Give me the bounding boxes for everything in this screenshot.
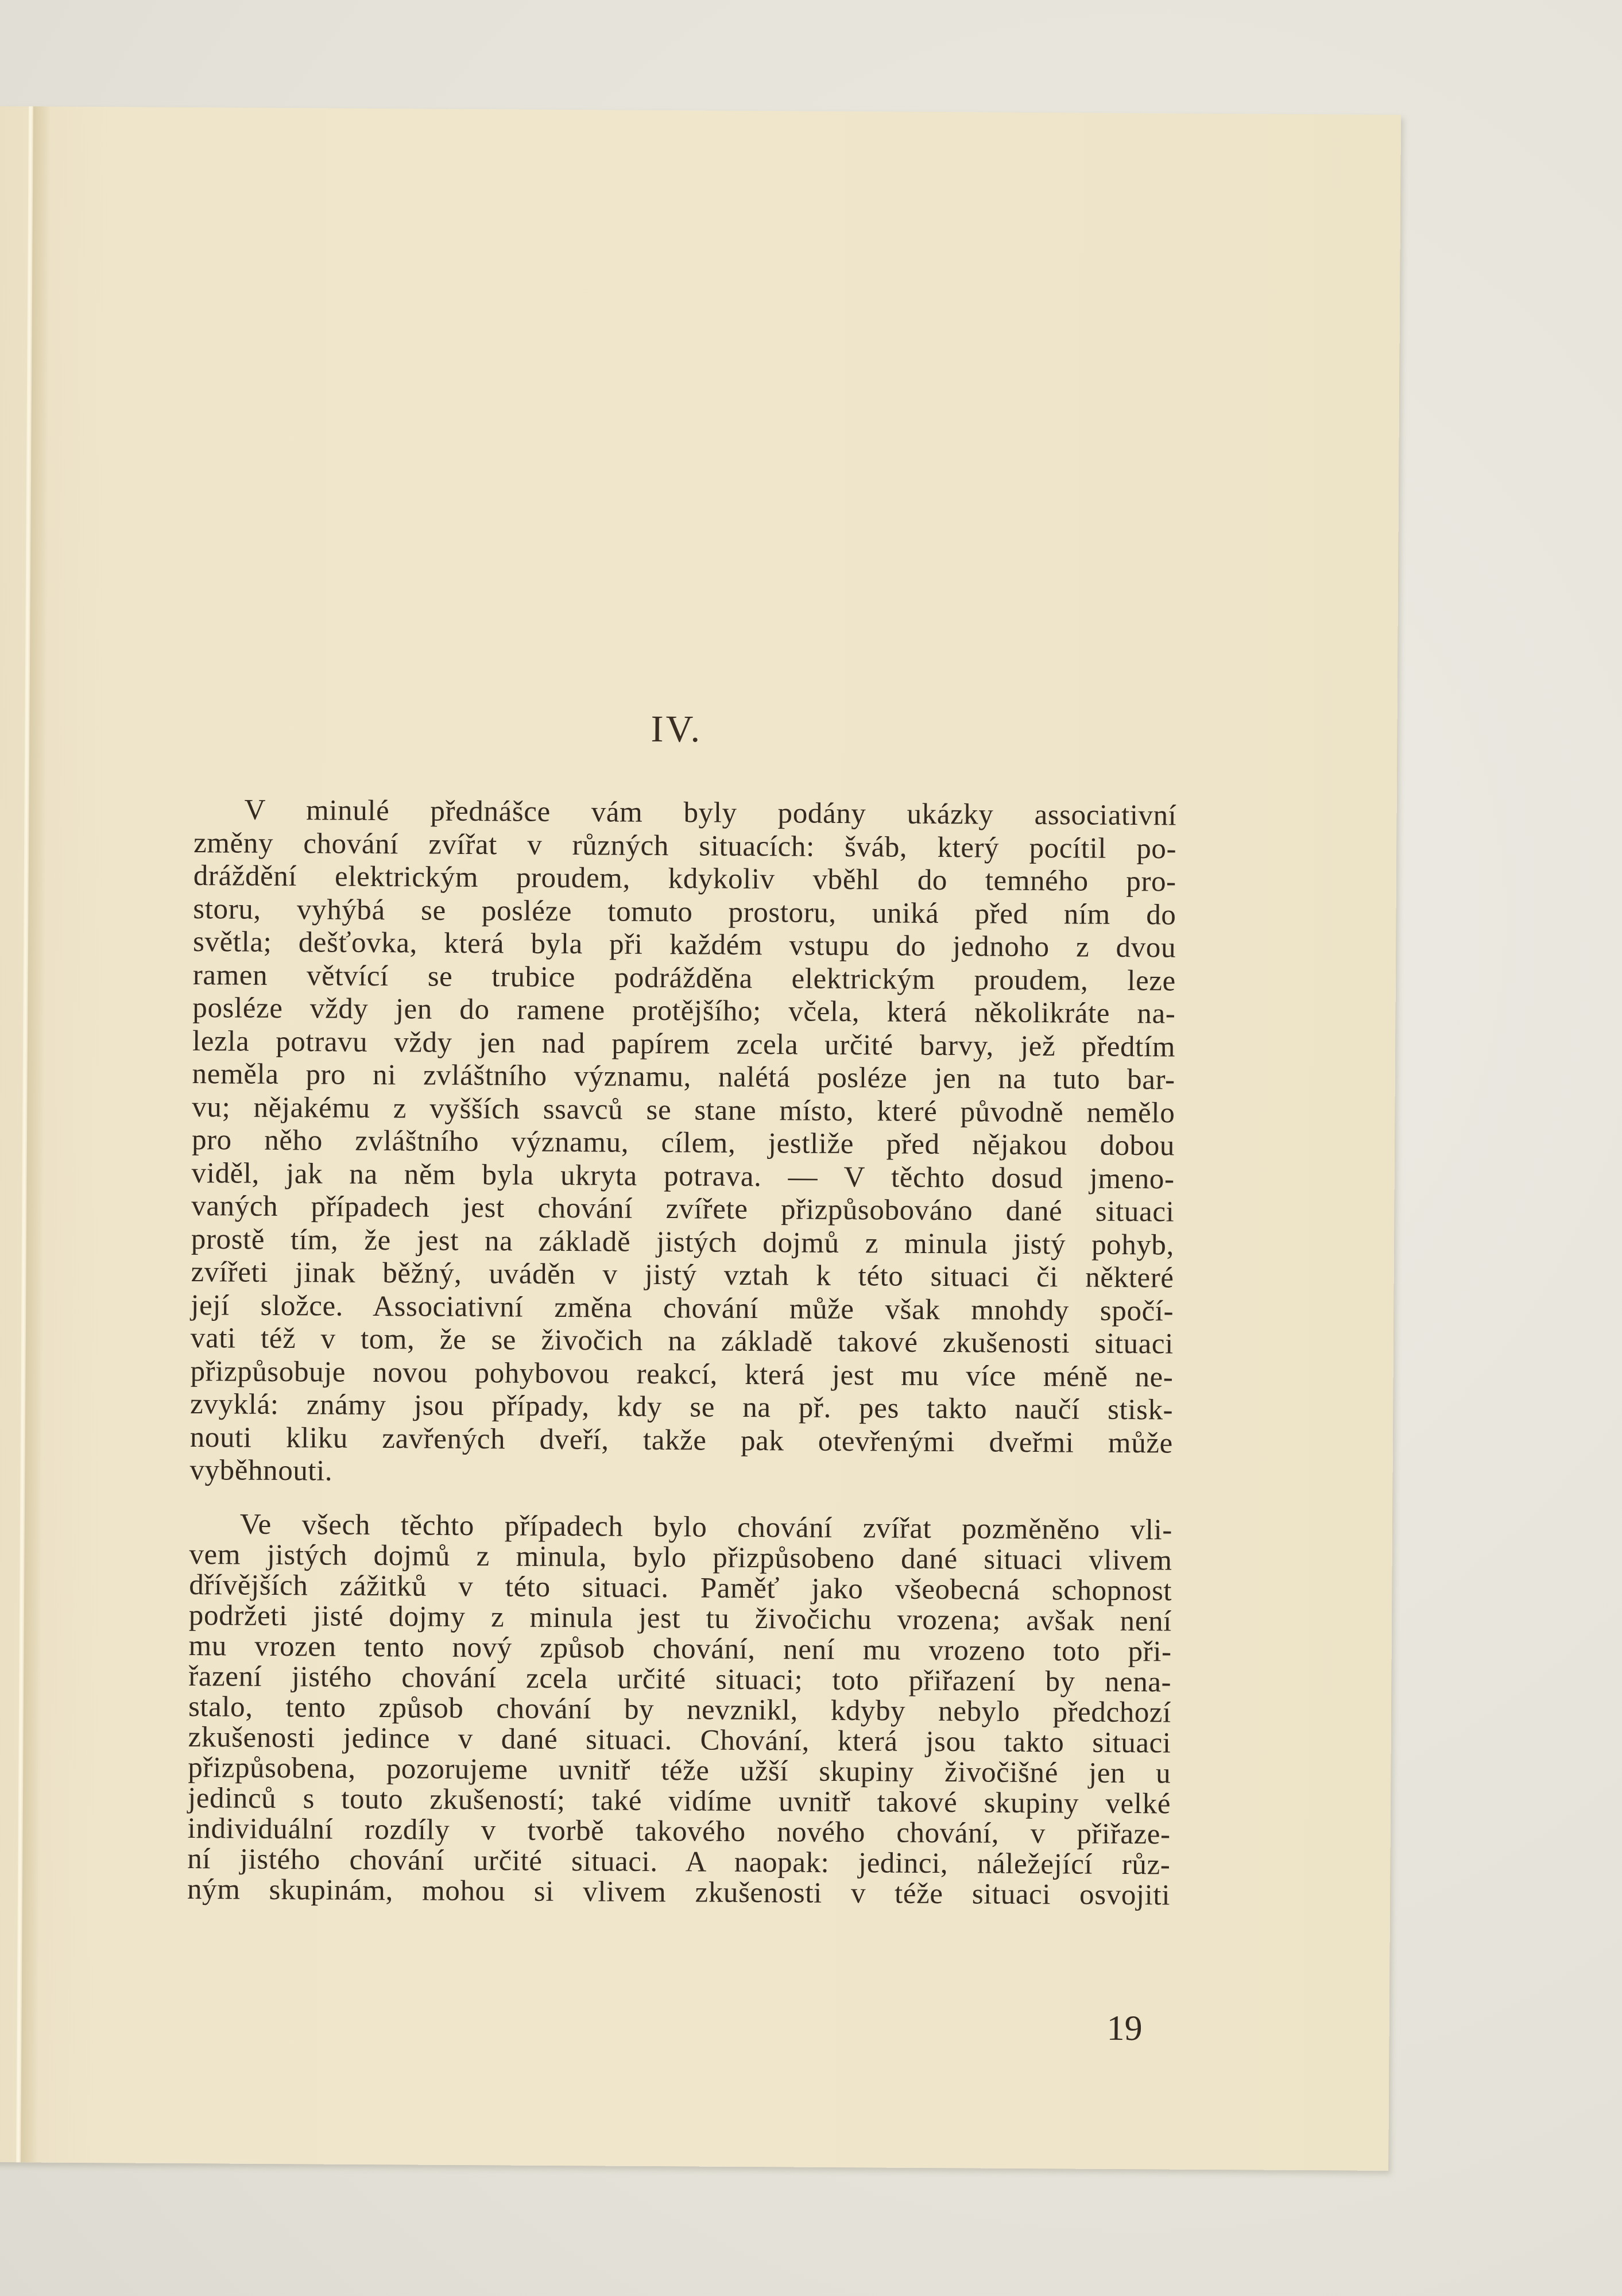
text-line: storu, vyhýbá se posléze tomuto prostoru… [193, 893, 1176, 932]
text-line: její složce. Associativní změna chování … [191, 1289, 1174, 1328]
text-line: vyběhnouti. [189, 1454, 1172, 1493]
chapter-heading: IV. [0, 704, 1357, 755]
body-text: V minulé přednášce vám byly podány ukázk… [187, 794, 1177, 1911]
text-line: nouti kliku zavřených dveří, takže pak o… [190, 1421, 1173, 1460]
text-line: vati též v tom, že se živočich na základ… [191, 1322, 1174, 1361]
text-line: posléze vždy jen do ramene protějšího; v… [192, 992, 1175, 1031]
text-line: vaných případech jest chování zvířete př… [191, 1190, 1174, 1229]
text-line: neměla pro ni zvláštního významu, nalétá… [192, 1058, 1175, 1097]
page-number: 19 [1106, 2008, 1142, 2049]
text-line: lezla potravu vždy jen nad papírem zcela… [192, 1025, 1175, 1064]
text-line: přizpůsobuje novou pohybovou reakcí, kte… [190, 1355, 1173, 1394]
text-line: ným skupinám, mohou si vlivem zkušenosti… [187, 1874, 1170, 1911]
text-line: viděl, jak na něm byla ukryta potrava. —… [191, 1157, 1174, 1196]
text-line: vu; nějakému z vyšších ssavců se stane m… [192, 1091, 1175, 1130]
text-line: zvířeti jinak běžný, uváděn v jistý vzta… [191, 1256, 1174, 1295]
text-line: prostě tím, že jest na základě jistých d… [191, 1223, 1174, 1262]
text-line: dráždění elektrickým proudem, kdykoliv v… [193, 860, 1176, 899]
paragraph-2: Ve všech těchto případech bylo chování z… [187, 1509, 1172, 1911]
text-line: změny chování zvířat v různých situacích… [193, 827, 1176, 866]
book-page: IV. V minulé přednášce vám byly podány u… [0, 106, 1401, 2171]
text-line: pro něho zvláštního významu, cílem, jest… [192, 1124, 1175, 1163]
paragraph-1: V minulé přednášce vám byly podány ukázk… [189, 794, 1176, 1493]
text-line: zvyklá: známy jsou případy, kdy se na př… [190, 1388, 1173, 1427]
text-line: V minulé přednášce vám byly podány ukázk… [193, 794, 1176, 833]
text-line: světla; dešťovka, která byla při každém … [193, 926, 1176, 965]
text-line: ramen větvící se trubice podrážděna elek… [193, 959, 1176, 998]
